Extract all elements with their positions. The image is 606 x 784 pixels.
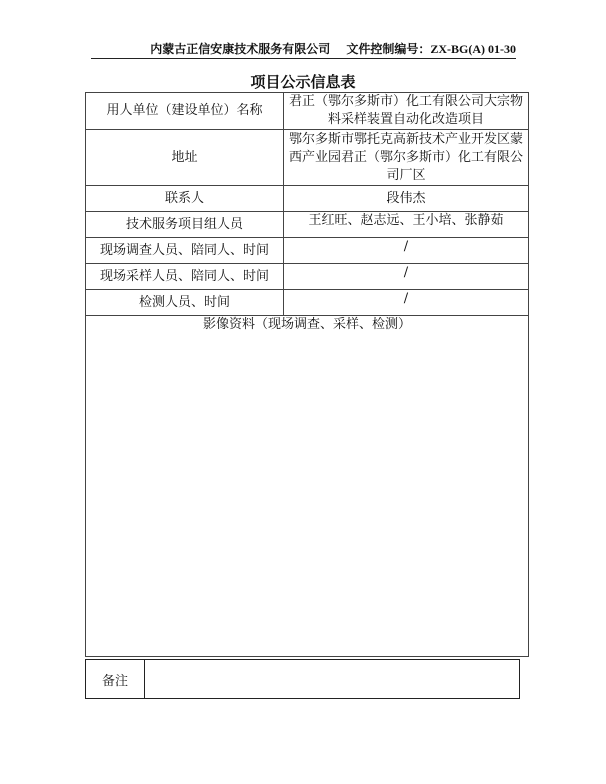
remark-label: 备注 [86, 660, 145, 699]
remark-table: 备注 [85, 659, 520, 699]
table-row: 地址 鄂尔多斯市鄂托克高新技术产业开发区蒙西产业园君正（鄂尔多斯市）化工有限公司… [86, 130, 529, 186]
table-row: 现场调查人员、陪同人、时间 / [86, 238, 529, 264]
row-value: 君正（鄂尔多斯市）化工有限公司大宗物料采样装置自动化改造项目 [284, 93, 529, 130]
row-label: 地址 [86, 130, 284, 186]
table-row: 用人单位（建设单位）名称 君正（鄂尔多斯市）化工有限公司大宗物料采样装置自动化改… [86, 93, 529, 130]
row-label: 现场调查人员、陪同人、时间 [86, 238, 284, 264]
document-header: 内蒙古正信安康技术服务有限公司文件控制编号：ZX-BG(A) 01-30 [91, 40, 516, 59]
image-section: 影像资料（现场调查、采样、检测） [86, 316, 529, 657]
row-label: 现场采样人员、陪同人、时间 [86, 264, 284, 290]
row-label: 检测人员、时间 [86, 290, 284, 316]
row-label: 技术服务项目组人员 [86, 212, 284, 238]
company-name: 内蒙古正信安康技术服务有限公司 [150, 42, 330, 56]
project-info-table: 用人单位（建设单位）名称 君正（鄂尔多斯市）化工有限公司大宗物料采样装置自动化改… [85, 92, 529, 657]
table-row: 现场采样人员、陪同人、时间 / [86, 264, 529, 290]
image-section-row: 影像资料（现场调查、采样、检测） [86, 316, 529, 657]
remark-row: 备注 [86, 660, 520, 699]
row-label: 联系人 [86, 186, 284, 212]
table-row: 联系人 段伟杰 [86, 186, 529, 212]
table-row: 检测人员、时间 / [86, 290, 529, 316]
page-title: 项目公示信息表 [0, 71, 606, 92]
row-value: 鄂尔多斯市鄂托克高新技术产业开发区蒙西产业园君正（鄂尔多斯市）化工有限公司厂区 [284, 130, 529, 186]
row-value: 段伟杰 [284, 186, 529, 212]
row-value: 王红旺、赵志远、王小培、张静茹 [284, 212, 529, 238]
table-row: 技术服务项目组人员 王红旺、赵志远、王小培、张静茹 [86, 212, 529, 238]
row-value: / [284, 264, 529, 290]
row-value: / [284, 238, 529, 264]
row-label: 用人单位（建设单位）名称 [86, 93, 284, 130]
doc-code-label: 文件控制编号： [346, 42, 430, 56]
row-value: / [284, 290, 529, 316]
remark-value [145, 660, 520, 699]
doc-code-value: ZX-BG(A) 01-30 [430, 42, 516, 56]
